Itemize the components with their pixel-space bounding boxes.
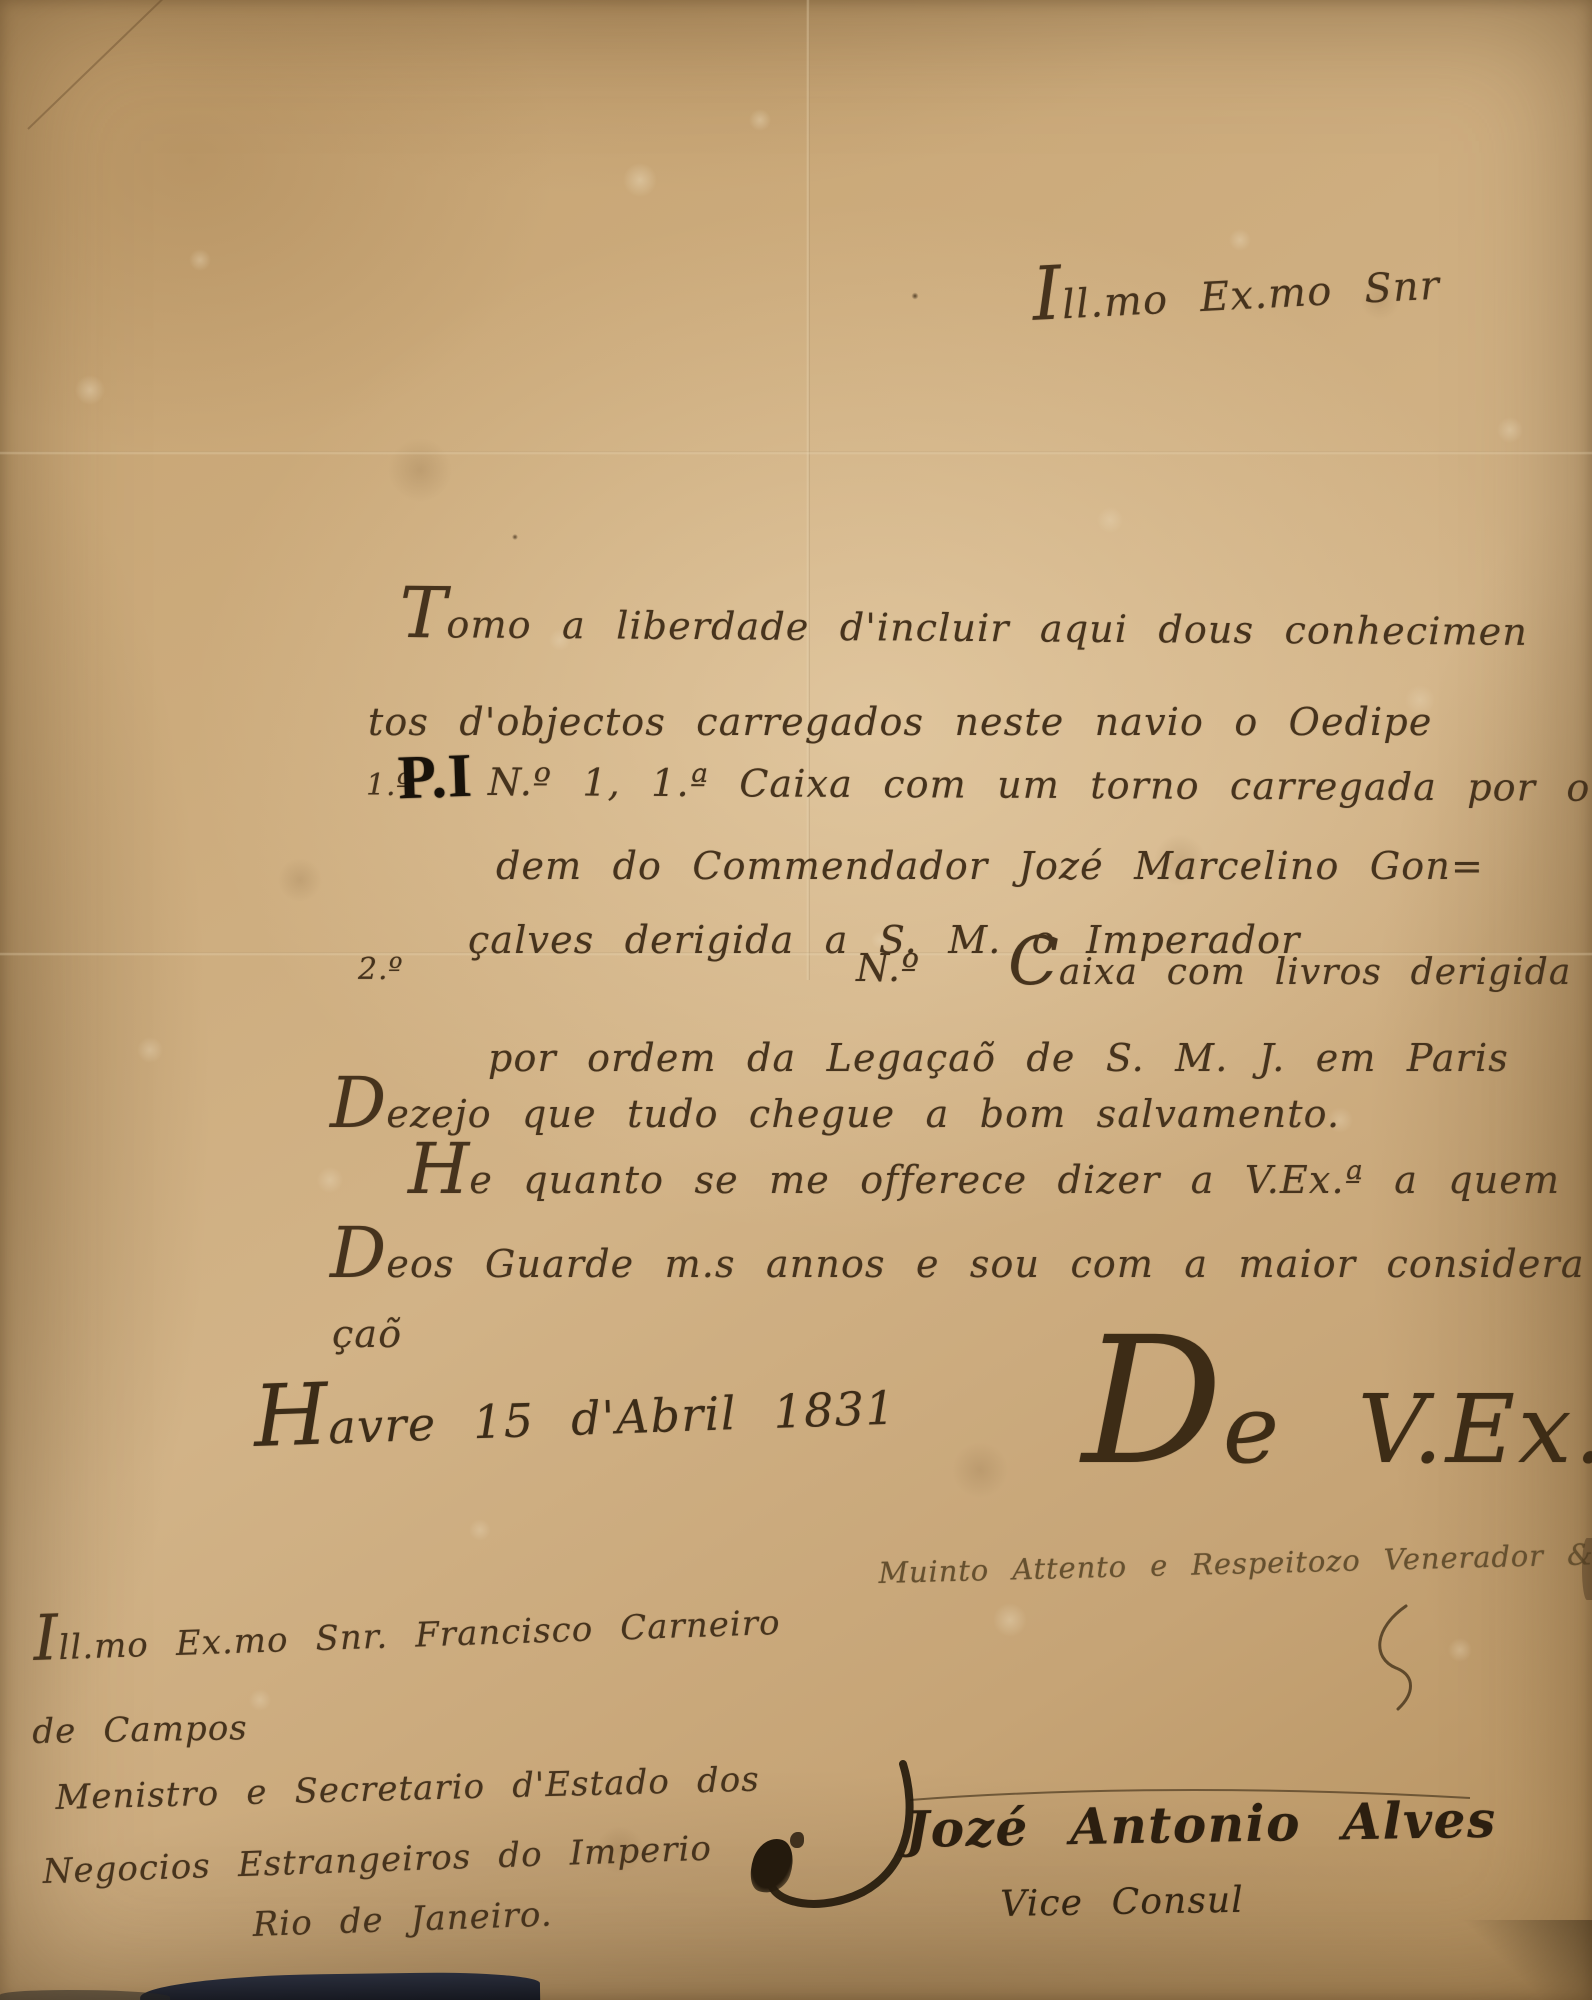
closing-line-3: çaõ <box>332 1312 402 1356</box>
torn-edge-bottom-left <box>140 1971 540 2000</box>
valediction-line: Muinto Attento e Respeitozo Venerador & <box>878 1537 1592 1590</box>
signature-name: Jozé Antonio Alves <box>905 1790 1497 1859</box>
valediction-initials-flourish: De V.Ex.ª <box>1082 1300 1592 1504</box>
address-line-1: Ill.mo Ex.mo Snr. Francisco Carneiro <box>32 1576 781 1675</box>
body-line-opening-1: Tomo a liberdade d'incluir aqui dous con… <box>399 572 1528 662</box>
closing-line-1: He quanto se me offerece dizer a V.Ex.ª … <box>408 1128 1560 1210</box>
torn-edge-right-notch <box>1582 1538 1592 1600</box>
item1-line-2: dem do Commendador Jozé Marcelino Gon= <box>496 844 1484 888</box>
item2-number-label: N.º <box>856 946 920 990</box>
horizontal-fold-crease-upper <box>0 451 1592 455</box>
corner-fold-crease <box>27 0 194 130</box>
pen-flourish <box>1362 1602 1422 1712</box>
letter-page: Ill.mo Ex.mo Snr Tomo a liberdade d'incl… <box>0 0 1592 2000</box>
scan-background: Ill.mo Ex.mo Snr Tomo a liberdade d'incl… <box>0 0 1592 2000</box>
torn-edge-bottom-left-2 <box>0 1990 170 2000</box>
signature-title: Vice Consul <box>1000 1880 1244 1925</box>
address-line-4: Negocios Estrangeiros do Imperio <box>42 1829 713 1892</box>
address-line-5: Rio de Janeiro. <box>252 1895 553 1945</box>
ink-blot-small <box>790 1832 804 1848</box>
dateline: Havre 15 d'Abril 1831 <box>252 1346 897 1467</box>
torn-edge-bottom-right-shadow <box>1462 1920 1592 2000</box>
salutation: Ill.mo Ex.mo Snr <box>1030 231 1442 338</box>
item2-marker: 2.º <box>358 952 403 987</box>
item1-line-1: N.º 1, 1.ª Caixa com um torno carregada … <box>488 760 1592 810</box>
pi-stamp: P.I <box>397 741 474 815</box>
address-line-2: de Campos <box>32 1708 248 1752</box>
vertical-fold-crease <box>806 0 810 980</box>
body-line-opening-2: tos d'objectos carregados neste navio o … <box>368 700 1432 744</box>
item2-line-1: Caixa com livros derigida a V.Ex.ª <box>1008 922 1592 1000</box>
address-line-3: Menistro e Secretario d'Estado dos <box>55 1760 760 1818</box>
closing-line-2: Deos Guarde m.s annos e sou com a maior … <box>330 1212 1585 1294</box>
